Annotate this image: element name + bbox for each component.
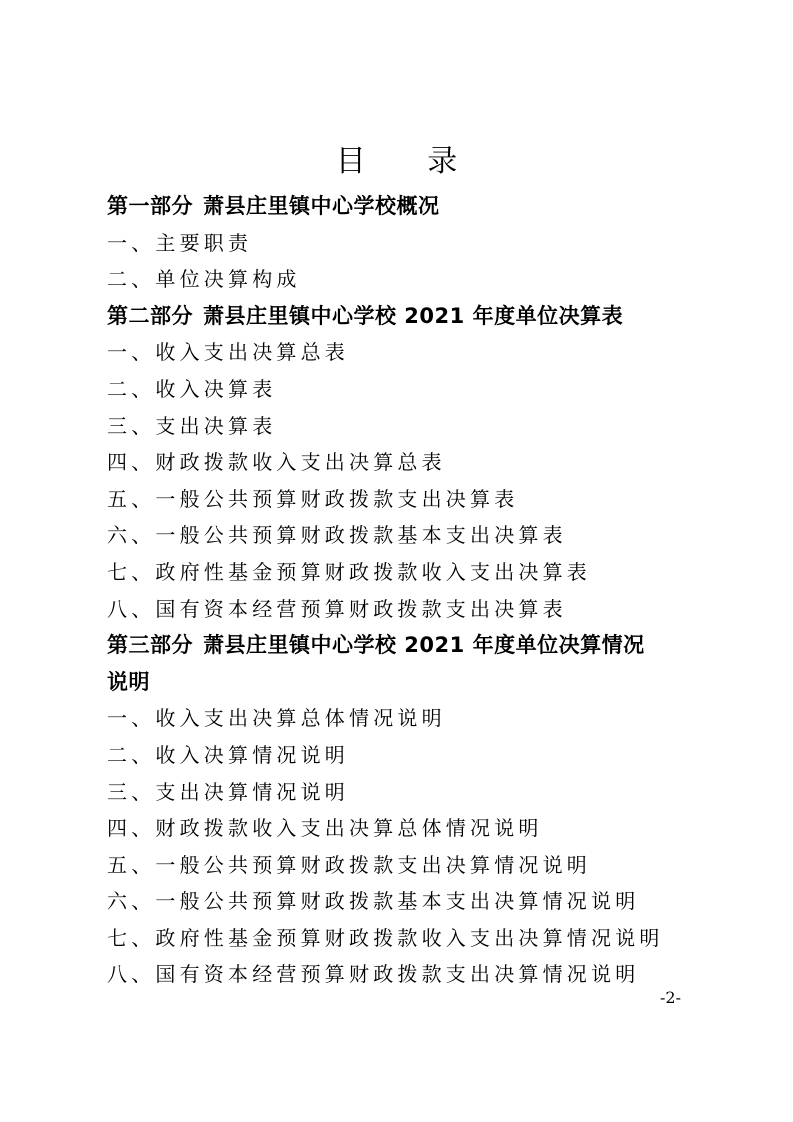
part1-label: 第一部分 xyxy=(107,194,193,218)
toc-entry: 二、收入决算表 xyxy=(107,371,707,408)
part2-label: 第二部分 xyxy=(107,304,193,328)
toc-entry: 七、政府性基金预算财政拨款收入支出决算表 xyxy=(107,554,707,591)
table-of-contents: 第一部分萧县庄里镇中心学校概况 一、主要职责 二、单位决算构成 第二部分萧县庄里… xyxy=(107,188,707,993)
part3-heading: 第三部分萧县庄里镇中心学校 2021 年度单位决算情况 xyxy=(107,627,707,664)
part1-title: 萧县庄里镇中心学校概况 xyxy=(203,194,440,218)
toc-entry: 四、财政拨款收入支出决算总体情况说明 xyxy=(107,810,707,847)
part3-title: 萧县庄里镇中心学校 2021 年度单位决算情况 xyxy=(203,633,645,657)
toc-entry: 四、财政拨款收入支出决算总表 xyxy=(107,444,707,481)
toc-entry: 六、一般公共预算财政拨款基本支出决算情况说明 xyxy=(107,883,707,920)
toc-entry: 五、一般公共预算财政拨款支出决算表 xyxy=(107,481,707,518)
toc-entry: 八、国有资本经营预算财政拨款支出决算表 xyxy=(107,591,707,628)
toc-entry: 七、政府性基金预算财政拨款收入支出决算情况说明 xyxy=(107,920,707,957)
toc-entry: 八、国有资本经营预算财政拨款支出决算情况说明 xyxy=(107,956,707,993)
toc-entry: 二、单位决算构成 xyxy=(107,261,707,298)
part2-heading: 第二部分萧县庄里镇中心学校 2021 年度单位决算表 xyxy=(107,298,707,335)
toc-entry: 一、收入支出决算总体情况说明 xyxy=(107,700,707,737)
toc-title: 目 录 xyxy=(0,142,793,182)
toc-entry: 三、支出决算情况说明 xyxy=(107,774,707,811)
toc-entry: 六、一般公共预算财政拨款基本支出决算表 xyxy=(107,517,707,554)
toc-entry: 一、收入支出决算总表 xyxy=(107,334,707,371)
part2-title: 萧县庄里镇中心学校 2021 年度单位决算表 xyxy=(203,304,623,328)
document-page: 目 录 第一部分萧县庄里镇中心学校概况 一、主要职责 二、单位决算构成 第二部分… xyxy=(0,0,793,1122)
page-number: -2- xyxy=(660,988,681,1007)
part1-heading: 第一部分萧县庄里镇中心学校概况 xyxy=(107,188,707,225)
part3-label: 第三部分 xyxy=(107,633,193,657)
part3-heading-continued: 说明 xyxy=(107,664,707,701)
toc-entry: 三、支出决算表 xyxy=(107,408,707,445)
toc-entry: 二、收入决算情况说明 xyxy=(107,737,707,774)
toc-entry: 一、主要职责 xyxy=(107,225,707,262)
toc-entry: 五、一般公共预算财政拨款支出决算情况说明 xyxy=(107,847,707,884)
